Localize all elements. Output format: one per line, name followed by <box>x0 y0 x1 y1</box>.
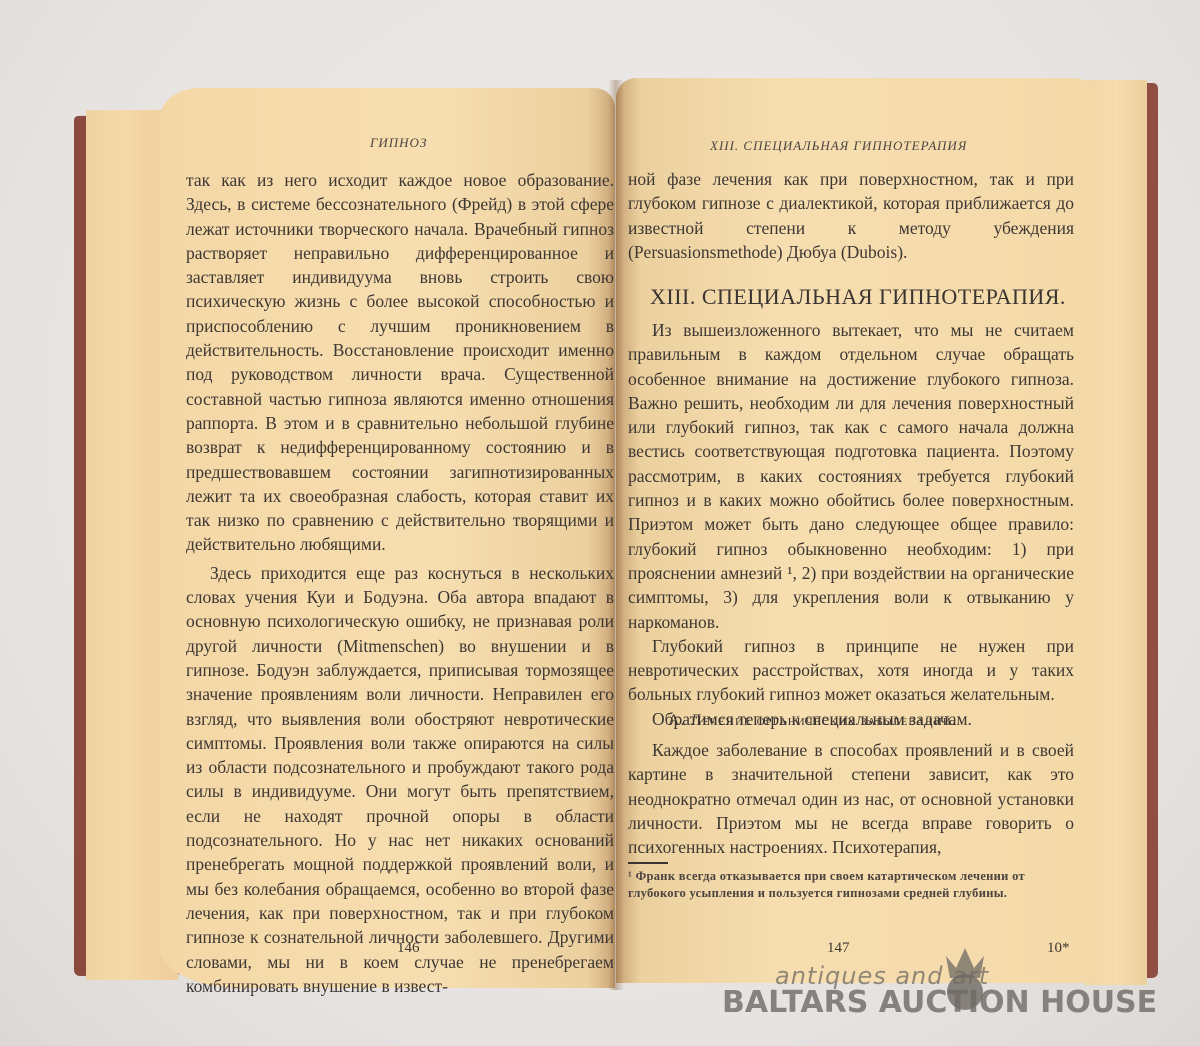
right-paragraph-2: Глубокий гипноз в принципе не нужен при … <box>628 634 1074 707</box>
right-running-head: XIII. Специальная гипнотерапия <box>710 138 967 154</box>
signature-mark: 10* <box>1047 940 1070 957</box>
left-page-text: так как из него исходит каждое новое обр… <box>186 168 614 998</box>
left-page-number: 146 <box>397 940 420 957</box>
left-paragraph-2: Здесь приходится еще раз коснуться в нес… <box>186 561 614 998</box>
right-page-number: 147 <box>827 940 850 957</box>
right-opening-text: ной фазе лечения как при поверхностном, … <box>628 167 1074 264</box>
left-paragraph-1: так как из него исходит каждое новое обр… <box>186 168 614 557</box>
footnote-rule <box>628 862 668 864</box>
section-title: А. Лечение органических заболеваний. <box>668 712 957 730</box>
right-page-text: Из вышеизложенного вытекает, что мы не с… <box>628 318 1074 731</box>
right-section-text: Каждое заболевание в способах проявлений… <box>628 738 1074 859</box>
watermark-name: BALTARS AUCTION HOUSE <box>722 985 1157 1020</box>
right-paragraph-1: Из вышеизложенного вытекает, что мы не с… <box>628 318 1074 634</box>
left-running-head: гипноз <box>370 135 427 151</box>
chapter-title: XIII. СПЕЦИАЛЬНАЯ ГИПНОТЕРАПИЯ. <box>650 284 1066 310</box>
footnote: ¹ Франк всегда отказывается при своем ка… <box>628 868 1074 902</box>
right-opening-paragraph: ной фазе лечения как при поверхностном, … <box>628 167 1074 264</box>
right-section-paragraph: Каждое заболевание в способах проявлений… <box>628 738 1074 859</box>
